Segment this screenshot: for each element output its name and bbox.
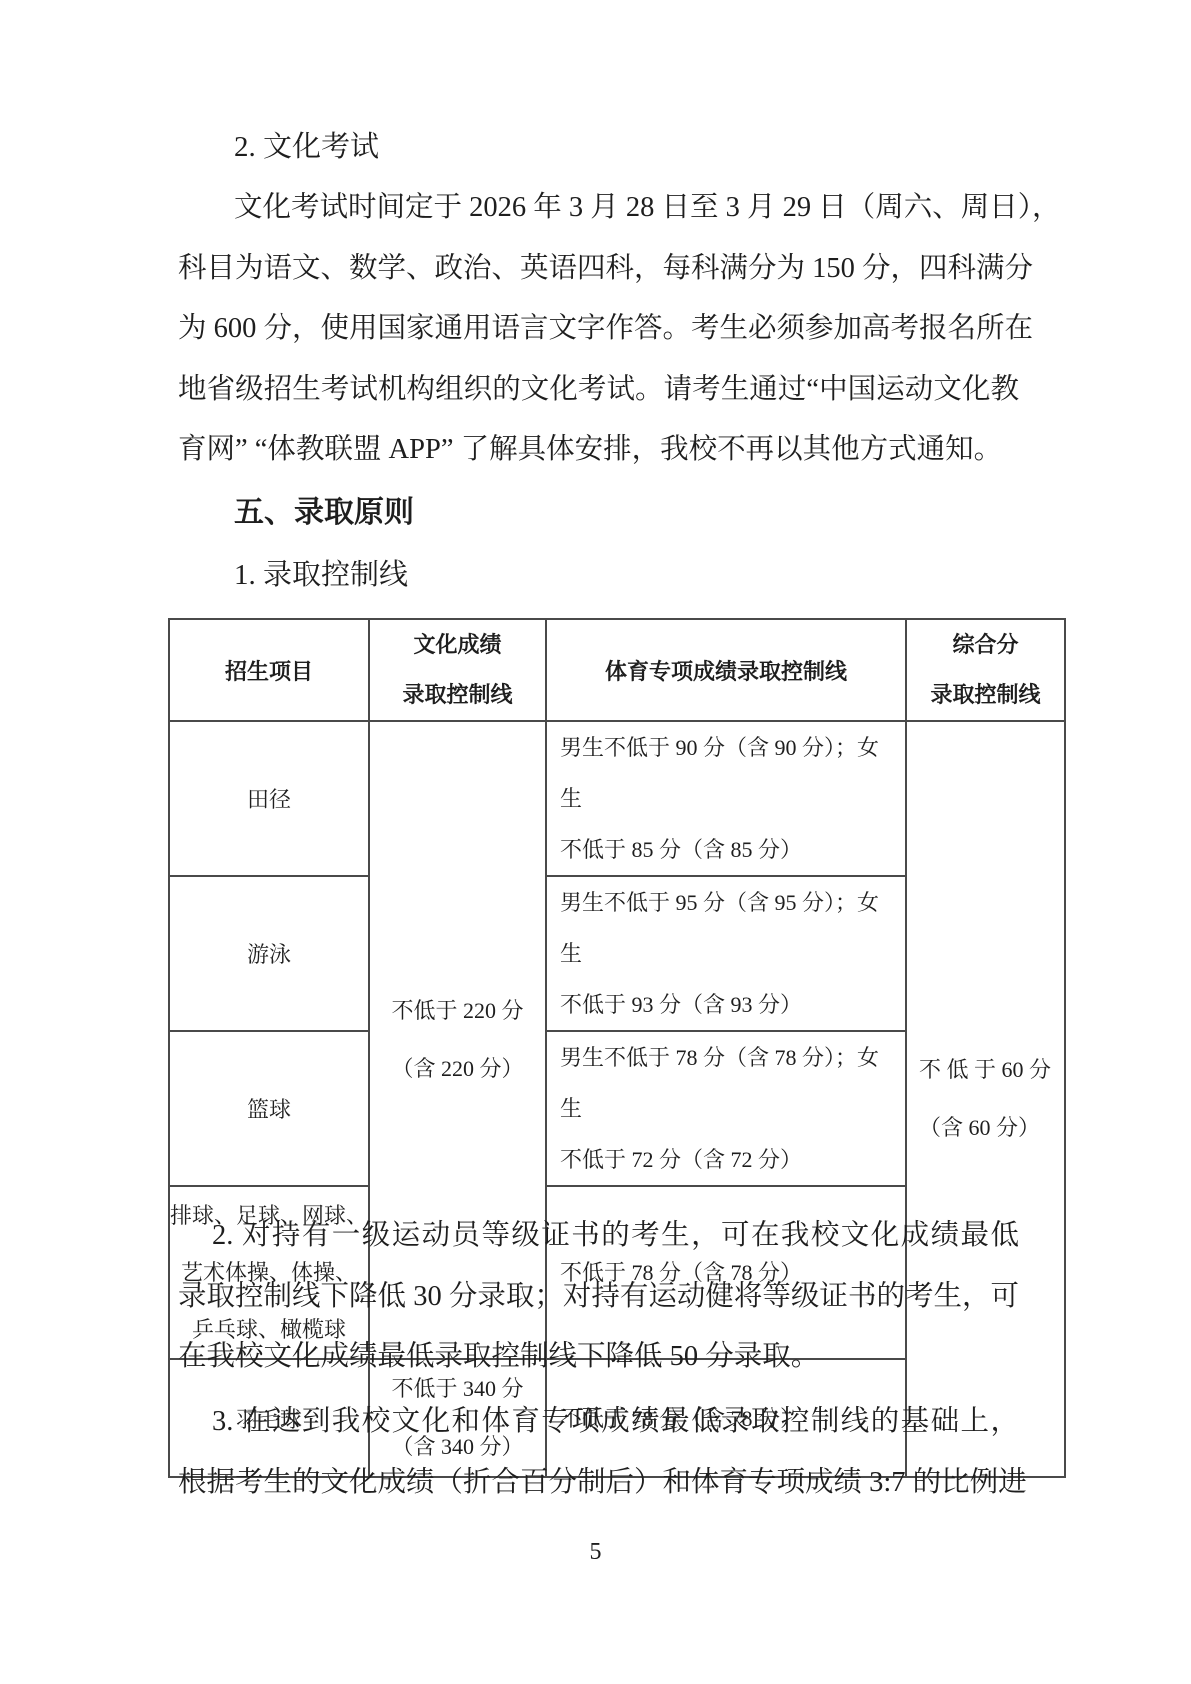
text-line: 科目为语文、数学、政治、英语四科，每科满分为 150 分，四科满分 (178, 239, 1019, 300)
paragraph-certificate-bonus: 2. 对持有一级运动员等级证书的考生，可在我校文化成绩最低录取控制线下降低 30… (178, 1206, 1019, 1388)
project-label: 田径 (170, 783, 368, 814)
table-row-track-field: 田径 不低于 220 分 （含 220 分） 男生不低于 90 分（含 90 分… (169, 721, 1065, 876)
project-label: 篮球 (170, 1093, 368, 1124)
cell-project-track-field: 田径 (169, 721, 369, 876)
header-sport: 体育专项成绩录取控制线 (546, 619, 906, 721)
text-line: 为 600 分，使用国家通用语言文字作答。考生必须参加高考报名所在 (178, 299, 1019, 360)
sport-req-line1: 男生不低于 95 分（含 95 分）；女生 (560, 877, 899, 979)
culture-line1: 不低于 220 分 (370, 982, 545, 1040)
cell-project-basketball: 篮球 (169, 1031, 369, 1186)
paragraph-culture-exam: 文化考试时间定于 2026 年 3 月 28 日至 3 月 29 日（周六、周日… (178, 178, 1019, 481)
header-sport-label: 体育专项成绩录取控制线 (547, 655, 905, 686)
paragraph-admission-ratio: 3. 在达到我校文化和体育专项成绩最低录取控制线的基础上，根据考生的文化成绩（折… (178, 1392, 1019, 1513)
text-line: 地省级招生考试机构组织的文化考试。请考生通过“中国运动文化教 (178, 360, 1019, 421)
sport-req-line2: 不低于 93 分（含 93 分） (560, 979, 899, 1030)
text-line: 根据考生的文化成绩（折合百分制后）和体育专项成绩 3:7 的比例进 (178, 1453, 1019, 1514)
section-5-heading: 五、录取原则 (178, 486, 1019, 540)
section-2-heading: 2. 文化考试 (178, 120, 1019, 174)
header-culture-line1: 文化成绩 (370, 620, 545, 670)
header-composite: 综合分 录取控制线 (906, 619, 1065, 721)
text-line: 2. 对持有一级运动员等级证书的考生，可在我校文化成绩最低 (178, 1206, 1019, 1267)
text-line: 文化考试时间定于 2026 年 3 月 28 日至 3 月 29 日（周六、周日… (178, 178, 1019, 239)
composite-line2: （含 60 分） (919, 1099, 1060, 1157)
header-culture: 文化成绩 录取控制线 (369, 619, 546, 721)
header-culture-line2: 录取控制线 (370, 670, 545, 720)
sport-req-line1: 男生不低于 90 分（含 90 分）；女生 (560, 722, 899, 824)
text-line: 3. 在达到我校文化和体育专项成绩最低录取控制线的基础上， (178, 1392, 1019, 1453)
sport-req-line2: 不低于 72 分（含 72 分） (560, 1134, 899, 1185)
sport-req-line2: 不低于 85 分（含 85 分） (560, 824, 899, 875)
sport-req-line1: 男生不低于 78 分（含 78 分）；女生 (560, 1032, 899, 1134)
document-page: 2. 文化考试 文化考试时间定于 2026 年 3 月 28 日至 3 月 29… (0, 0, 1191, 1684)
text-line: 录取控制线下降低 30 分录取；对持有运动健将等级证书的考生，可 (178, 1267, 1019, 1328)
page-number: 5 (0, 1534, 1191, 1570)
cell-sport-track-field: 男生不低于 90 分（含 90 分）；女生 不低于 85 分（含 85 分） (546, 721, 906, 876)
text-line: 在我校文化成绩最低录取控制线下降低 50 分录取。 (178, 1327, 1019, 1388)
header-composite-line2: 录取控制线 (907, 670, 1064, 720)
culture-line2: （含 220 分） (370, 1040, 545, 1098)
composite-line1: 不 低 于 60 分 (919, 1041, 1060, 1099)
cell-sport-swimming: 男生不低于 95 分（含 95 分）；女生 不低于 93 分（含 93 分） (546, 876, 906, 1031)
cell-sport-basketball: 男生不低于 78 分（含 78 分）；女生 不低于 72 分（含 72 分） (546, 1031, 906, 1186)
header-project-label: 招生项目 (170, 655, 368, 686)
header-project: 招生项目 (169, 619, 369, 721)
cell-project-swimming: 游泳 (169, 876, 369, 1031)
item-1-heading: 1. 录取控制线 (178, 548, 1019, 602)
project-label: 游泳 (170, 938, 368, 969)
text-line: 育网” “体教联盟 APP” 了解具体安排，我校不再以其他方式通知。 (178, 420, 1019, 481)
header-composite-line1: 综合分 (907, 620, 1064, 670)
table-header-row: 招生项目 文化成绩 录取控制线 体育专项成绩录取控制线 综合分 录取控制线 (169, 619, 1065, 721)
